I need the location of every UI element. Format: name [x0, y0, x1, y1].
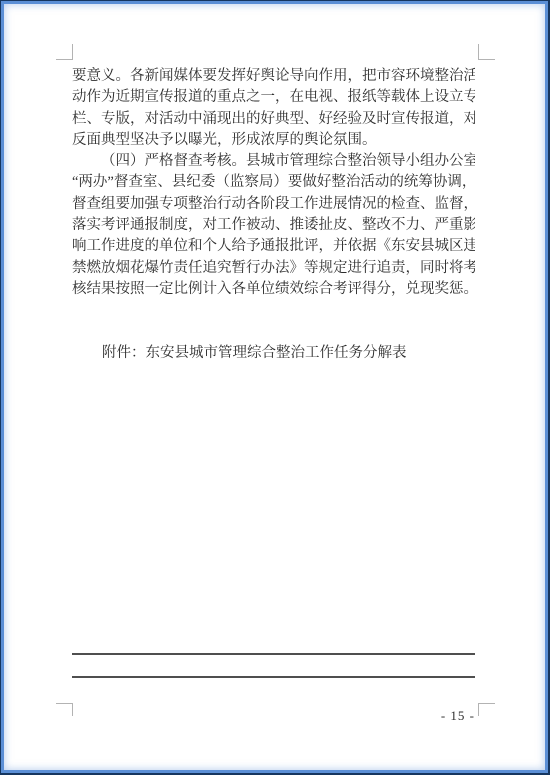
text-line: 落实考评通报制度，对工作被动、推诿扯皮、整改不力、严重影 — [72, 215, 475, 236]
attachment-line: 附件：东安县城市管理综合整治工作任务分解表 — [72, 343, 475, 364]
text-line: “两办”督查室、县纪委（监察局）要做好整治活动的统筹协调， — [72, 172, 475, 193]
text-line: 督查组要加强专项整治行动各阶段工作进展情况的检查、监督， — [72, 194, 475, 215]
text-line: 反面典型坚决予以曝光，形成浓厚的舆论氛围。 — [72, 130, 475, 151]
text-line: 响工作进度的单位和个人给予通报批评，并依据《东安县城区违 — [72, 236, 475, 257]
body-text: 要意义。各新闻媒体要发挥好舆论导向作用，把市容环境整治活 动作为近期宣传报道的重… — [72, 66, 475, 365]
text-line: 要意义。各新闻媒体要发挥好舆论导向作用，把市容环境整治活 — [72, 66, 475, 87]
crop-mark-bottom-left — [56, 703, 73, 716]
text-line: 禁燃放烟花爆竹责任追究暂行办法》等规定进行追责，同时将考 — [72, 258, 475, 279]
crop-mark-bottom-right — [478, 703, 495, 716]
blue-border: 要意义。各新闻媒体要发挥好舆论导向作用，把市容环境整治活 动作为近期宣传报道的重… — [1, 1, 548, 773]
crop-mark-top-right — [478, 44, 495, 60]
text-line: 动作为近期宣传报道的重点之一，在电视、报纸等载体上设立专 — [72, 87, 475, 108]
text-line: 核结果按照一定比例计入各单位绩效综合考评得分，兑现奖惩。 — [72, 279, 475, 300]
crop-mark-top-left — [56, 44, 73, 60]
text-line: 栏、专版，对活动中涌现出的好典型、好经验及时宣传报道，对 — [72, 109, 475, 130]
window-frame: 要意义。各新闻媒体要发挥好舆论导向作用，把市容环境整治活 动作为近期宣传报道的重… — [0, 0, 550, 775]
page-number: - 15 - — [72, 708, 475, 724]
document-page: 要意义。各新闻媒体要发挥好舆论导向作用，把市容环境整治活 动作为近期宣传报道的重… — [4, 4, 545, 770]
footer-rule-bottom — [72, 676, 475, 678]
footer-rule-top — [72, 653, 475, 655]
text-line: （四）严格督查考核。县城市管理综合整治领导小组办公室、 — [72, 151, 475, 172]
